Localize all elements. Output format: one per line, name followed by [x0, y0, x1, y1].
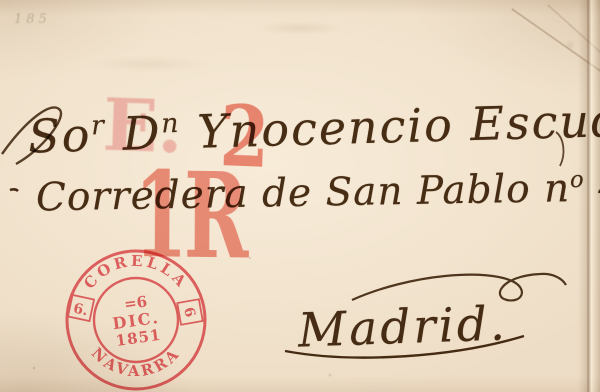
svg-text:CORELLA: CORELLA	[80, 252, 192, 293]
datestamp-left-numeral-box: 6.	[68, 295, 94, 321]
datestamp-town-arc: CORELLA	[80, 252, 192, 293]
address-line1-don: D	[105, 106, 162, 162]
datestamp-corella-postmark: CORELLA NAVARRA 6. 6 =6 DIC. 1851	[62, 246, 210, 392]
datestamp-left-numeral: 6.	[72, 301, 90, 320]
datestamp-province-arc: NAVARRA	[88, 344, 184, 380]
datestamp-right-numeral-box: 6	[177, 299, 202, 324]
address-line2-superscript-o: o	[570, 167, 585, 193]
datestamp-right-numeral: 6	[180, 305, 198, 319]
address-line1-superscript-r: r	[91, 110, 107, 141]
address-line2-street: Corredera de San Pablo n	[36, 166, 571, 220]
address-line1-salutation: So	[27, 108, 92, 164]
address-line-3-city: Madrid.	[297, 296, 509, 358]
svg-text:NAVARRA: NAVARRA	[88, 344, 184, 380]
address-line2-number: 41.	[584, 165, 600, 211]
pencil-annotation: 185	[14, 12, 51, 27]
address-line1-superscript-n: n	[161, 108, 181, 140]
cover-photo: { "cover": { "pencil_note": "185", "addr…	[0, 0, 600, 392]
